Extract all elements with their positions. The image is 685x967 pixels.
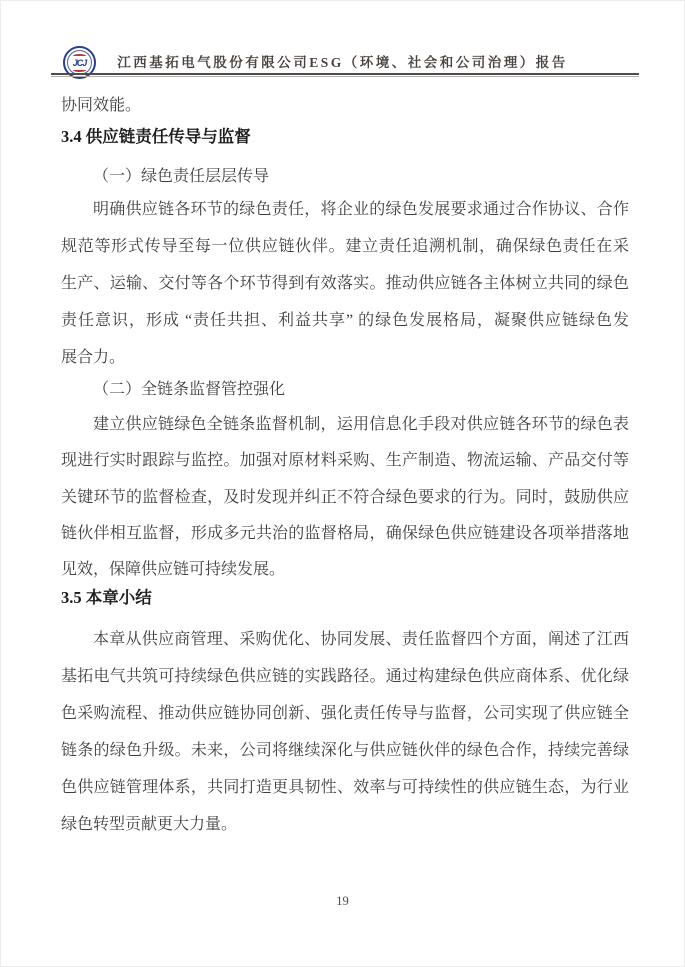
section-3-4-heading: 3.4 供应链责任传导与监督 [61,125,629,149]
report-page: JCJ 江西基拓电气股份有限公司ESG（环境、社会和公司治理）报告 协同效能。 … [0,0,685,967]
para-3-line: 链条的绿色升级。未来，公司将继续深化与供应链伙伴的绿色合作，持续完善绿 [61,732,629,769]
para-3-line: 本章从供应商管理、采购优化、协同发展、责任监督四个方面，阐述了江西 [61,621,629,658]
section-3-5-heading: 3.5 本章小结 [61,586,629,610]
carryover-line: 协同效能。 [61,87,629,124]
para-2-line: 见效，保障供应链可持续发展。 [61,551,629,588]
para-3-line: 色供应链管理体系，共同打造更具韧性、效率与可持续性的供应链生态，为行业 [61,769,629,806]
para-1-line: 责任意识，形成 “责任共担、利益共享” 的绿色发展格局，凝聚供应链绿色发 [61,302,629,339]
para-1-line: 生产、运输、交付等各个环节得到有效落实。推动供应链各主体树立共同的绿色 [61,265,629,302]
subsection-1-heading: （一）绿色责任层层传导 [61,158,629,195]
para-3-line: 色采购流程、推动供应链协同创新、强化责任传导与监督，公司实现了供应链全 [61,695,629,732]
header-rule [51,73,639,75]
para-2-line: 建立供应链绿色全链条监督机制，运用信息化手段对供应链各环节的绿色表 [61,406,629,443]
para-2-line: 链伙伴相互监督，形成多元共治的监督格局，确保绿色供应链建设各项举措落地 [61,515,629,552]
para-1-line: 规范等形式传导至每一位供应链伙伴。建立责任追溯机制，确保绿色责任在采购、 [61,228,629,265]
para-1-line: 明确供应链各环节的绿色责任，将企业的绿色发展要求通过合作协议、合作 [61,191,629,228]
para-2-line: 现进行实时跟踪与监控。加强对原材料采购、生产制造、物流运输、产品交付等 [61,442,629,479]
para-3-line: 基拓电气共筑可持续绿色供应链的实践路径。通过构建绿色供应商体系、优化绿 [61,658,629,695]
report-header-title: 江西基拓电气股份有限公司ESG（环境、社会和公司治理）报告 [1,51,684,71]
subsection-2-heading: （二）全链条监督管控强化 [61,371,629,408]
page-number: 19 [1,894,684,909]
para-3-line: 绿色转型贡献更大力量。 [61,806,629,843]
para-2-line: 关键环节的监督检查，及时发现并纠正不符合绿色要求的行为。同时，鼓励供应 [61,479,629,516]
